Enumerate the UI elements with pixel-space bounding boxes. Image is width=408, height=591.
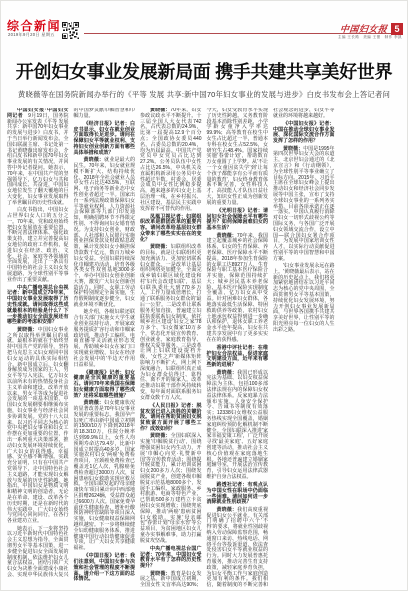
dateline: 2019年9月20日 星期五	[8, 32, 55, 38]
article-paragraph: 中国妇女报·中国妇女网记者 9月19日，国务院新闻办公室发表《平等 发展 共享：…	[7, 108, 69, 207]
question-paragraph: 香港中评社记者：在维护妇女合法权益、促进家庭文明建设方面，近年来有哪些新的进展？	[207, 346, 269, 369]
paragraph-lead: 黄晓薇：	[84, 400, 105, 406]
question-paragraph: 《经济日报》记者：白皮书显示，妇女在就业创业方面取得长足进步。请问在保障妇女平等…	[74, 122, 136, 157]
masthead-logo: 中国妇女报	[340, 22, 389, 35]
question-paragraph: 《健康报》记者：妇女健康是全民健康的重要基石。请问70年来我国在保障妇女健康方面…	[74, 371, 136, 400]
editors-line: 主编 王长路 美编 王蕾 制作 李凯	[338, 35, 402, 40]
paragraph-lead: 黄晓薇：	[84, 157, 105, 163]
main-headline: 开创妇女事业发展新局面 携手共建共享美好世界	[6, 61, 402, 84]
question-paragraph: 中央广播电视总台国广记者：70年来，中国妇女受教育水平有了怎样的历史性提升？	[140, 547, 202, 570]
paragraph-lead: 黄晓薇：	[283, 146, 303, 152]
article-paragraph: 她介绍，各级妇联还联合有关部门实施女大学生就业创业扶持行动，开展家政服务提质扩容…	[74, 310, 136, 368]
article-paragraph: 黄晓薇：中国是1995年第四次世界妇女大会的东道主，北京世妇会通过的《北京宣言》…	[273, 147, 335, 263]
paragraph-lead: 黄晓薇：	[150, 108, 170, 113]
article-paragraph: '妇女事业发展永远在路上。'黄晓薇最后表示，站在新的历史起点上，我们将更加紧密地…	[273, 264, 335, 334]
newspaper-page: 综合新闻 2019年9月20日 星期五 中国妇女报5 主编 王长路 美	[0, 0, 408, 591]
question-paragraph: 《中国日报》记者：我们注意到，中国妇女参与决策和社会管理的程度不断提高。请介绍一…	[74, 554, 136, 583]
article-paragraph: 黄晓薇：妇女健康状况的显著改善是70年妇女事业发展的重要标志。我国孕产妇死亡率由…	[74, 401, 136, 552]
article-paragraph: 黄晓薇：就业是最大的民生。70年来，妇女就业规模不断扩大、结构持续优化，2018…	[74, 158, 136, 309]
paragraph-lead: 黄晓薇：	[150, 244, 171, 250]
article-paragraph: 黄晓薇：妇联组织改革的目标，就是让妇联组织更加充满活力、更加密切联系妇女群众。一…	[140, 245, 202, 402]
qr-code-icon	[62, 22, 79, 39]
question-paragraph: 《中国妇女报》记者：中国在推动全球妇女事业发展、深化国际交流合作方面发挥了怎样的…	[273, 122, 335, 145]
question-paragraph: 中央广播电视总台央视记者：新中国成立70年来，中国妇女事业发展取得了历史性成就。…	[7, 286, 69, 327]
question-paragraph: 《光明日报》记者：请问妇女社会保障水平有哪些提升？如何保障困难妇女的基本生活？	[207, 209, 269, 232]
paragraph-lead: 黄晓薇：	[217, 370, 238, 376]
article-paragraph: 黄晓薇：70年来，我国建立起覆盖城乡的社会保障体系，妇女的生育保障、养老保障、医…	[207, 234, 269, 344]
article-paragraph: 白皮书指出，中国妇女占世界妇女人口的五分之一。70年来，党和政府始终把妇女发展放…	[7, 208, 69, 283]
question-paragraph: 路透社记者：有观点认为中国女性在职场中仍面临一些困难。请问如何进一步消除就业性别…	[207, 483, 269, 506]
article-paragraph: 黄晓薇：全国妇联深入实施'巾帼脱贫行动'，围绕增强贫困妇女内生动力，开展'巾帼心…	[140, 434, 202, 544]
page-number-badge: 5	[391, 23, 403, 35]
paragraph-lead: 黄晓薇：	[217, 233, 237, 239]
paragraph-lead: 黄晓薇：	[217, 507, 238, 513]
paragraph-lead: 黄晓薇：	[17, 327, 38, 333]
page-header: 综合新闻 2019年9月20日 星期五 中国妇女报5 主编 王长路 美	[0, 0, 408, 48]
article-paragraph: 黄晓薇：70年来，妇女参政议政水平不断提升。十三届全国人大女代表742名，占代表…	[140, 108, 202, 212]
article-paragraph: 黄晓薇：中国妇女事业之所以取得举世瞩目的成就，最根本的就在于始终坚持中国共产党的…	[7, 328, 69, 525]
question-paragraph: 《人民日报》记者：脱贫攻坚已进入决胜的关键阶段。请问在帮助贫困妇女脱贫致富方面开…	[140, 404, 202, 433]
subhead: 黄晓薇等在国务院新闻办举行的《平等 发展 共享:新中国70年妇女事业的发展与进步…	[10, 89, 398, 100]
article-body: 中国妇女报·中国妇女网记者 9月19日，国务院新闻办公室发表《平等 发展 共享：…	[7, 108, 401, 590]
article-paragraph: 黄晓薇：我国已形成以宪法为基础、以妇女权益保障法为主体，包括100多部法律法规在…	[207, 371, 269, 481]
paragraph-lead: 黄晓薇：	[150, 433, 171, 439]
paragraph-lead: 中国妇女报·中国妇女网记者	[7, 108, 69, 119]
question-paragraph: 凤凰卫视记者：妇联组织改革是群团改革的重要内容。请问改革给基层妇女群众带来了哪些…	[140, 215, 202, 244]
paragraph-lead: 黄晓薇：	[150, 571, 171, 577]
